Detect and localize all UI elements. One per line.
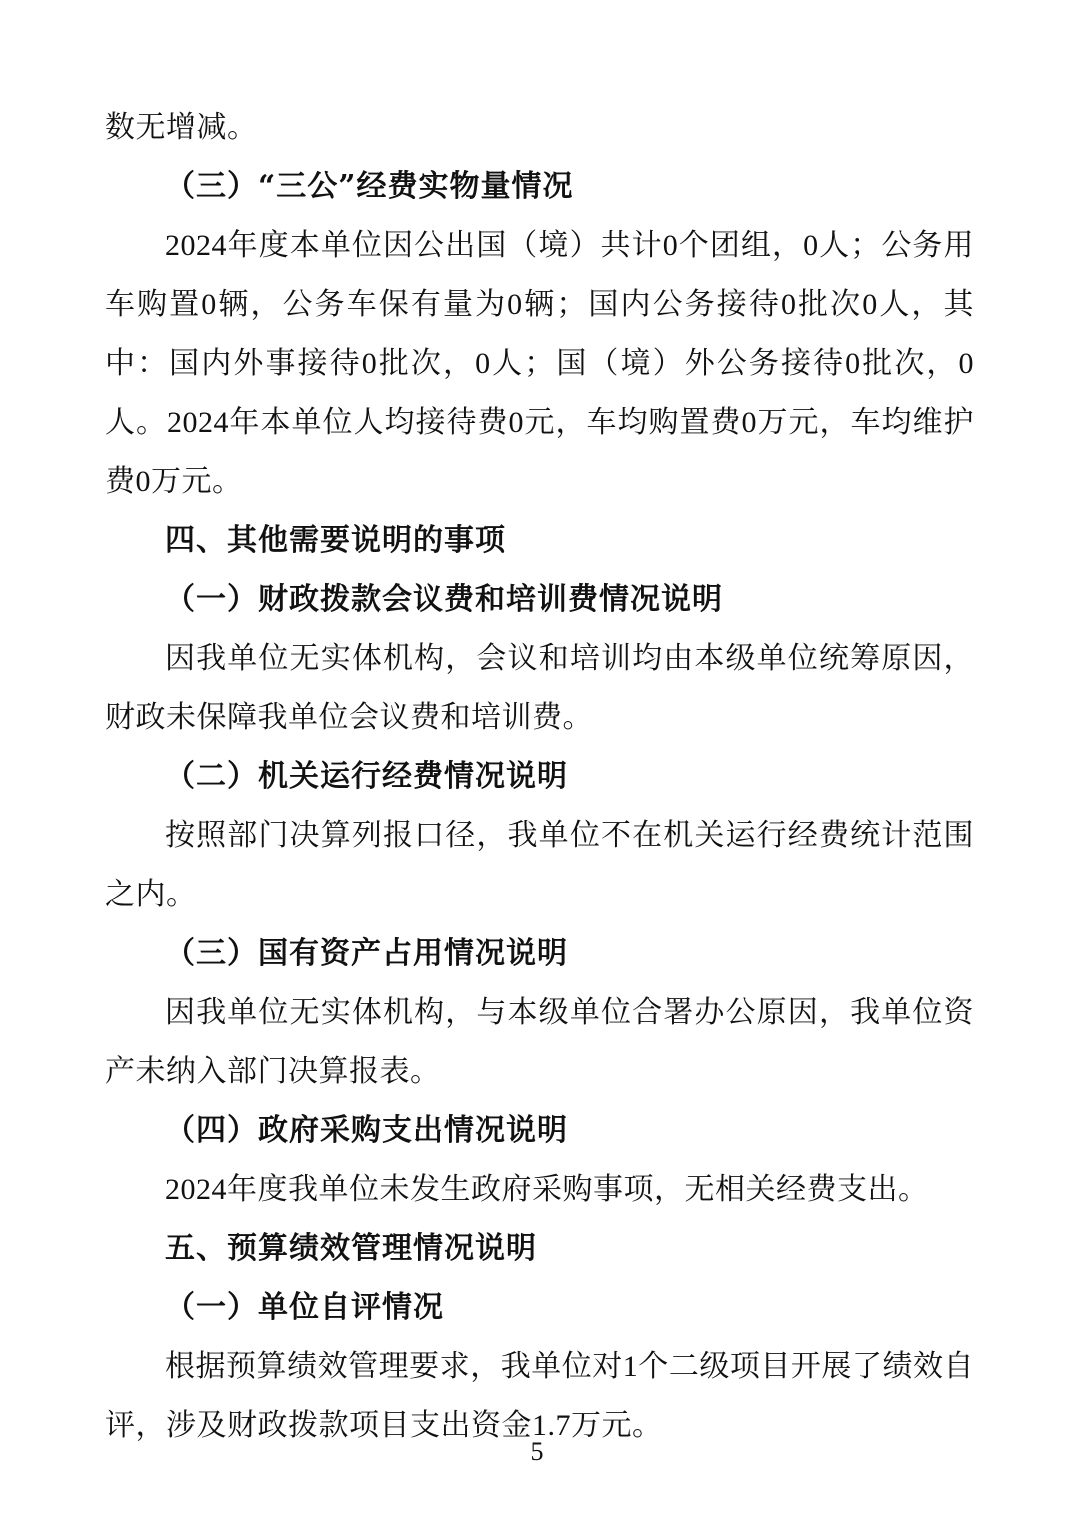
paragraph: 因我单位无实体机构，会议和培训均由本级单位统筹原因，财政未保障我单位会议费和培训… — [105, 629, 974, 747]
paragraph: 2024年度本单位因公出国（境）共计0个团组，0人；公务用车购置0辆，公务车保有… — [105, 216, 974, 511]
heading-level-1: 五、预算绩效管理情况说明 — [105, 1219, 974, 1278]
heading-level-2: （三）“三公”经费实物量情况 — [105, 157, 974, 216]
heading-level-2: （二）机关运行经费情况说明 — [105, 747, 974, 806]
paragraph: 2024年度我单位未发生政府采购事项，无相关经费支出。 — [105, 1160, 974, 1219]
heading-level-2: （一）财政拨款会议费和培训费情况说明 — [105, 570, 974, 629]
heading-level-1: 四、其他需要说明的事项 — [105, 511, 974, 570]
document-page: 数无增减。（三）“三公”经费实物量情况2024年度本单位因公出国（境）共计0个团… — [0, 0, 1074, 1520]
heading-level-2: （一）单位自评情况 — [105, 1278, 974, 1337]
paragraph: 因我单位无实体机构，与本级单位合署办公原因，我单位资产未纳入部门决算报表。 — [105, 983, 974, 1101]
page-number: 5 — [0, 1436, 1074, 1468]
heading-level-2: （四）政府采购支出情况说明 — [105, 1101, 974, 1160]
paragraph-continuation: 数无增减。 — [105, 98, 974, 157]
document-body: 数无增减。（三）“三公”经费实物量情况2024年度本单位因公出国（境）共计0个团… — [105, 98, 974, 1455]
heading-level-2: （三）国有资产占用情况说明 — [105, 924, 974, 983]
paragraph: 按照部门决算列报口径，我单位不在机关运行经费统计范围之内。 — [105, 806, 974, 924]
